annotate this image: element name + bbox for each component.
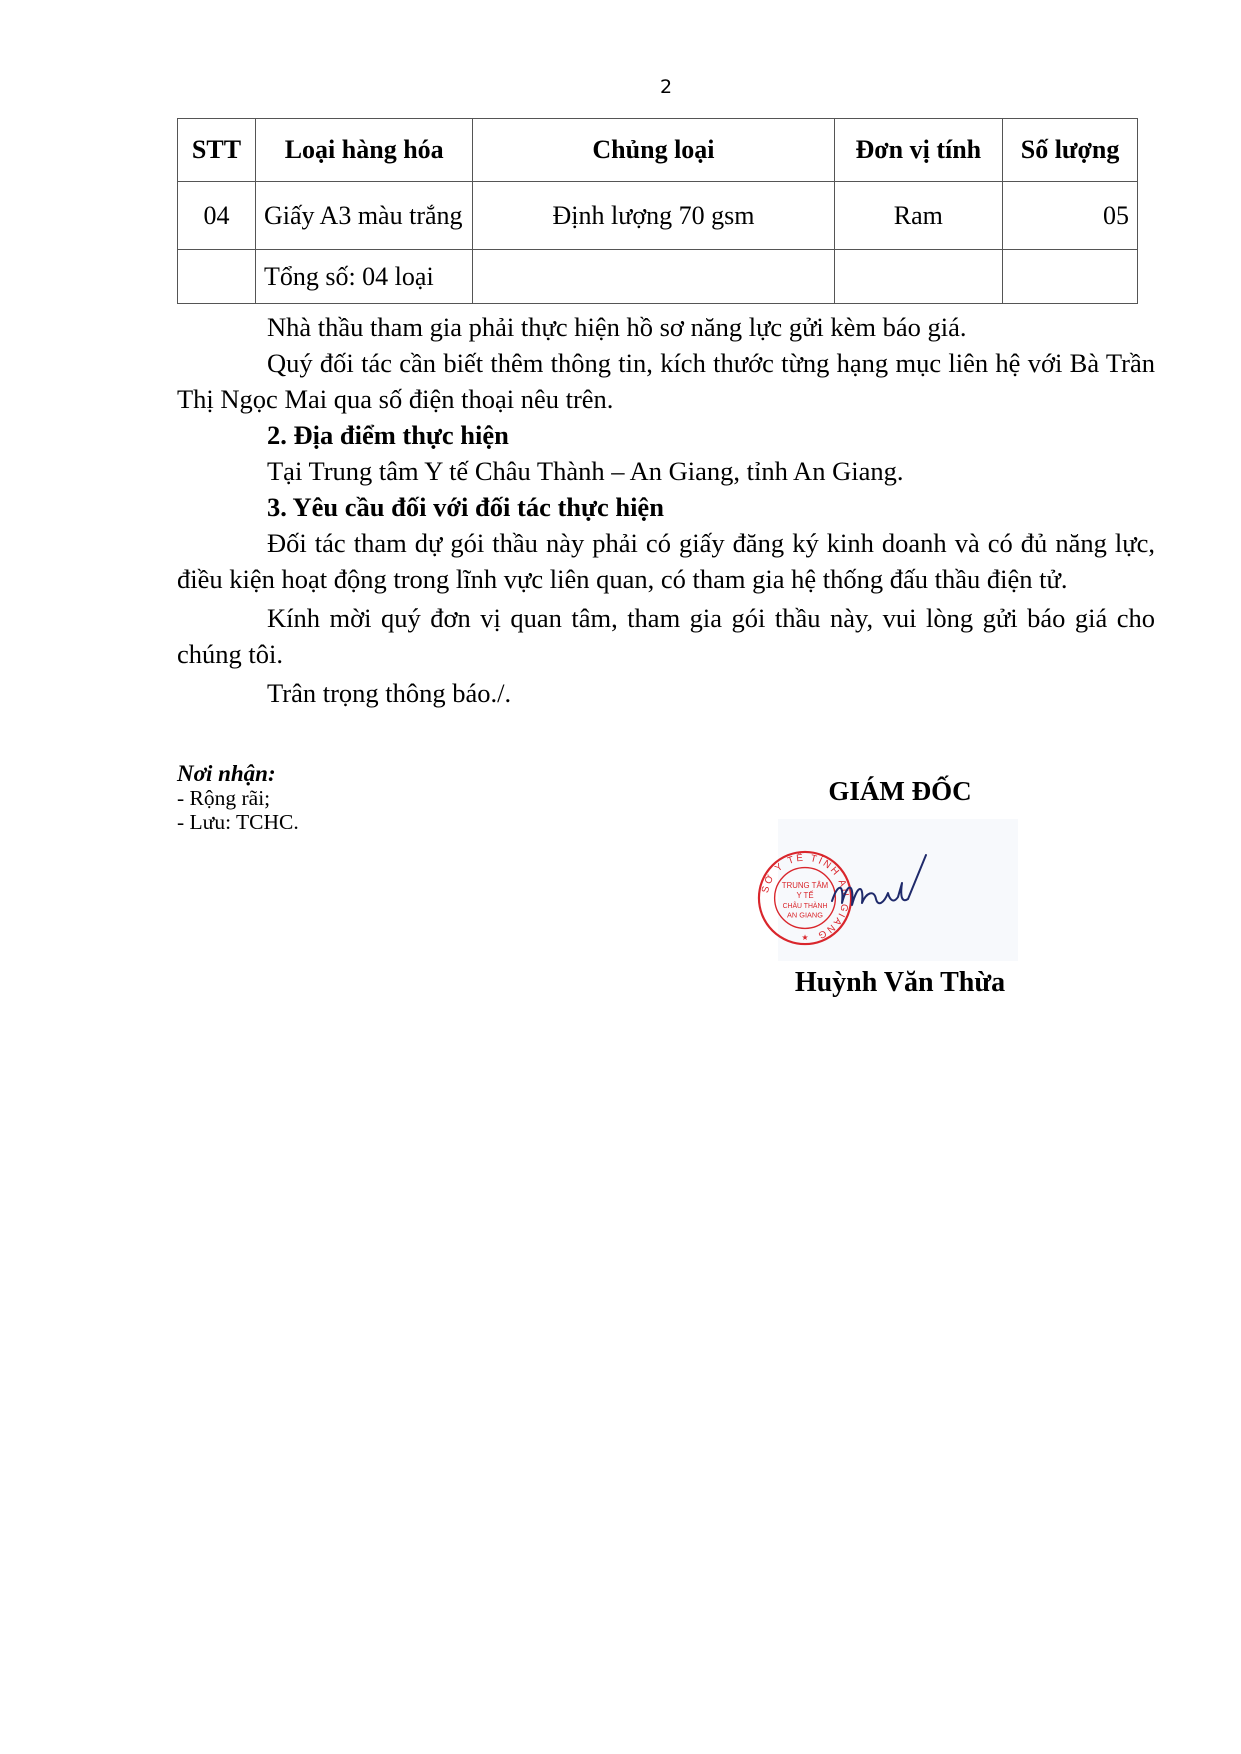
signature-area: SỞ Y TẾ TỈNH AN GIANG TRUNG TÂM Y TẾ CHÂ… — [770, 813, 1030, 963]
recipients: Nơi nhận: - Rộng rãi; - Lưu: TCHC. — [177, 762, 299, 834]
stamp-line: TRUNG TÂM — [782, 881, 828, 890]
paragraph-contact: Quý đối tác cần biết thêm thông tin, kíc… — [177, 345, 1155, 417]
signer-name: Huỳnh Văn Thừa — [770, 965, 1030, 1001]
paragraph-closing: Trân trọng thông báo./. — [177, 675, 1155, 711]
cell-stt: 04 — [178, 182, 256, 250]
signature-block: GIÁM ĐỐC SỞ Y TẾ TỈNH AN GIANG TRUNG TÂM… — [770, 773, 1030, 1001]
cell-chung-loai: Định lượng 70 gsm — [473, 182, 834, 250]
svg-text:★: ★ — [801, 933, 808, 942]
handwritten-signature-icon — [828, 853, 938, 928]
header-so-luong: Số lượng — [1003, 119, 1138, 182]
header-don-vi-tinh: Đơn vị tính — [834, 119, 1003, 182]
heading-location: 2. Địa điểm thực hiện — [177, 417, 1155, 453]
recipient-item: - Rộng rãi; — [177, 786, 299, 810]
recipients-title: Nơi nhận: — [177, 762, 299, 786]
stamp-line: CHÂU THÀNH — [783, 901, 828, 910]
cell-loai: Tổng số: 04 loại — [255, 250, 472, 304]
recipient-item: - Lưu: TCHC. — [177, 810, 299, 834]
header-chung-loai: Chủng loại — [473, 119, 834, 182]
body-text: Nhà thầu tham gia phải thực hiện hồ sơ n… — [177, 309, 1155, 711]
stamp-line: AN GIANG — [787, 911, 823, 920]
paragraph-location: Tại Trung tâm Y tế Châu Thành – An Giang… — [177, 453, 1155, 489]
paragraph-requirements: Đối tác tham dự gói thầu này phải có giấ… — [177, 525, 1155, 597]
paragraph-bid-profile: Nhà thầu tham gia phải thực hiện hồ sơ n… — [177, 309, 1155, 345]
cell-stt — [178, 250, 256, 304]
cell-don-vi — [834, 250, 1003, 304]
signer-title: GIÁM ĐỐC — [770, 773, 1030, 809]
cell-so-luong: 05 — [1003, 182, 1138, 250]
header-loai-hang-hoa: Loại hàng hóa — [255, 119, 472, 182]
heading-requirements: 3. Yêu cầu đối với đối tác thực hiện — [177, 489, 1155, 525]
cell-don-vi: Ram — [834, 182, 1003, 250]
cell-chung-loai — [473, 250, 834, 304]
cell-so-luong — [1003, 250, 1138, 304]
table-row: 04 Giấy A3 màu trắng Định lượng 70 gsm R… — [178, 182, 1138, 250]
goods-table: STT Loại hàng hóa Chủng loại Đơn vị tính… — [177, 118, 1138, 304]
paragraph-invitation: Kính mời quý đơn vị quan tâm, tham gia g… — [177, 600, 1155, 672]
cell-loai: Giấy A3 màu trắng — [255, 182, 472, 250]
header-stt: STT — [178, 119, 256, 182]
table-row-total: Tổng số: 04 loại — [178, 250, 1138, 304]
stamp-line: Y TẾ — [796, 890, 813, 900]
table-header-row: STT Loại hàng hóa Chủng loại Đơn vị tính… — [178, 119, 1138, 182]
page-number: 2 — [0, 76, 1241, 98]
